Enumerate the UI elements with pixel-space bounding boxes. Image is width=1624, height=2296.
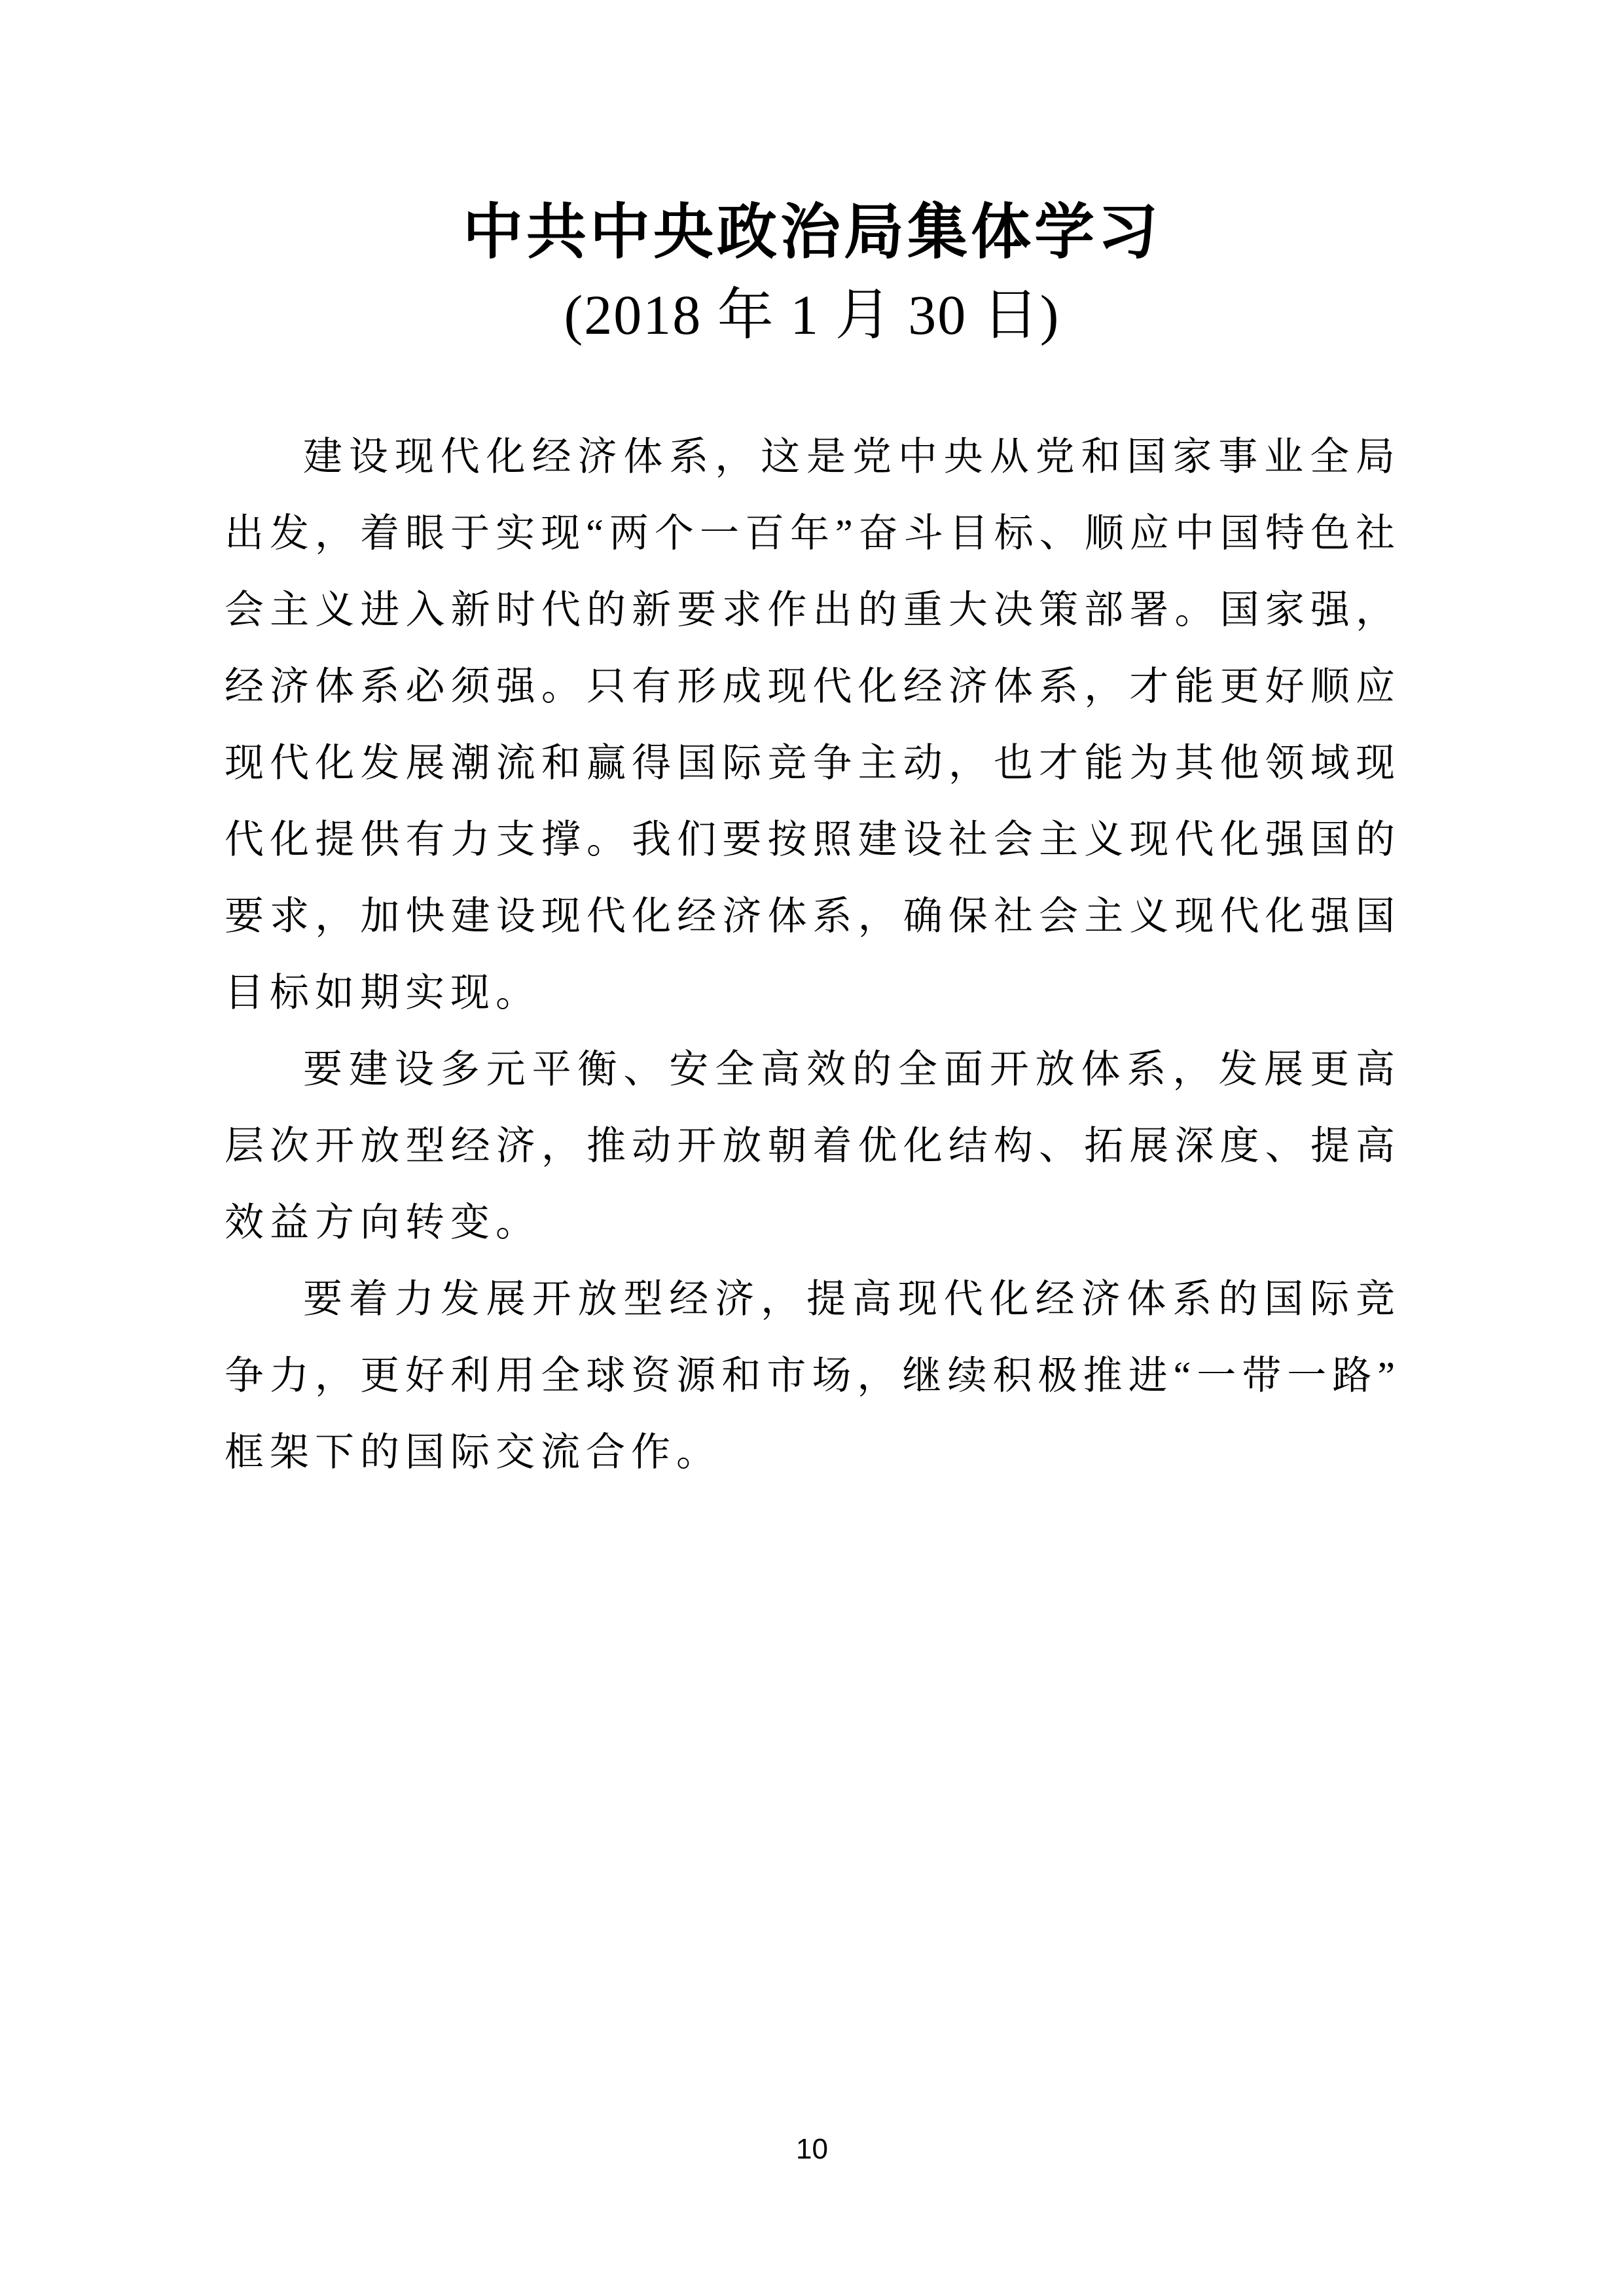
document-header: 中共中央政治局集体学习 (2018 年 1 月 30 日): [0, 0, 1624, 356]
page-footer: 10: [0, 2135, 1624, 2164]
document-date-line: (2018 年 1 月 30 日): [0, 274, 1624, 356]
document-page: 中共中央政治局集体学习 (2018 年 1 月 30 日) 建设现代化经济体系，…: [0, 0, 1624, 2296]
paragraph-1: 建设现代化经济体系，这是党中央从党和国家事业全局出发，着眼于实现“两个一百年”奋…: [225, 419, 1401, 1031]
paragraph-2: 要建设多元平衡、安全高效的全面开放体系，发展更高层次开放型经济，推动开放朝着优化…: [225, 1031, 1401, 1261]
document-title: 中共中央政治局集体学习: [0, 191, 1624, 274]
page-number: 10: [796, 2135, 828, 2164]
document-body: 建设现代化经济体系，这是党中央从党和国家事业全局出发，着眼于实现“两个一百年”奋…: [225, 419, 1401, 1491]
paragraph-3: 要着力发展开放型经济，提高现代化经济体系的国际竞争力，更好利用全球资源和市场，继…: [225, 1261, 1401, 1491]
